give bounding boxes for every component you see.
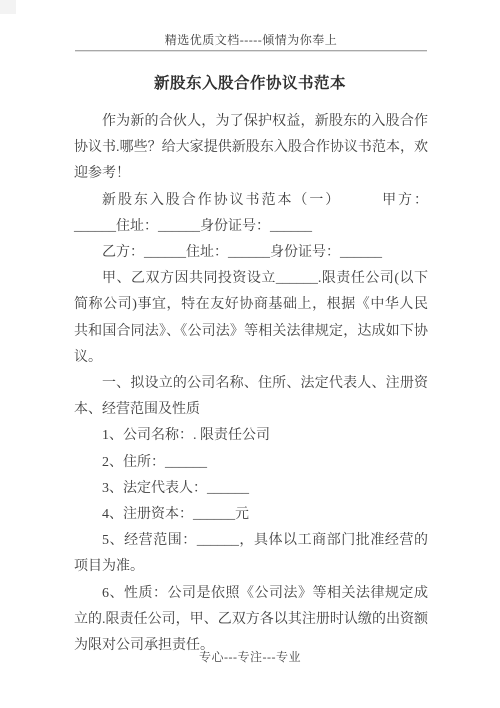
- document-body: 作为新的合伙人，为了保护权益，新股东的入股合作协议书.哪些？给大家提供新股东入股…: [74, 109, 428, 659]
- paragraph-party-b: 乙方：______住址：______身份证号：______: [74, 240, 428, 266]
- paragraph-item-2-address: 2、住所：______: [74, 450, 428, 476]
- paragraph-item-4-registered-capital: 4、注册资本：______元: [74, 502, 428, 528]
- document-page: 精选优质文档-----倾情为你奉上 新股东入股合作协议书范本 作为新的合伙人，为…: [0, 0, 500, 708]
- paragraph-item-6-nature: 6、性质：公司是依照《公司法》等相关法律规定成立的.限责任公司，甲、乙双方各以其…: [74, 581, 428, 660]
- paragraph-item-3-legal-representative: 3、法定代表人：______: [74, 476, 428, 502]
- document-title: 新股东入股合作协议书范本: [0, 73, 500, 95]
- page-footer: 专心---专注---专业: [0, 649, 500, 665]
- paragraph-item-1-company-name: 1、公司名称：. 限责任公司: [74, 423, 428, 449]
- paragraph-intro: 作为新的合伙人，为了保护权益，新股东的入股合作协议书.哪些？给大家提供新股东入股…: [74, 109, 428, 188]
- scan-artifact: [0, 0, 16, 14]
- paragraph-party-a: 新股东入股合作协议书范本（一） 甲方：______住址：______身份证号：_…: [74, 188, 428, 240]
- page-header: 精选优质文档-----倾情为你奉上: [75, 32, 427, 48]
- paragraph-section-1-heading: 一、拟设立的公司名称、住所、法定代表人、注册资本、经营范围及性质: [74, 371, 428, 423]
- paragraph-preamble: 甲、乙双方因共同投资设立______.限责任公司(以下简称公司)事宜，特在友好协…: [74, 266, 428, 371]
- paragraph-item-5-business-scope: 5、经营范围：______，具体以工商部门批准经营的项目为准。: [74, 528, 428, 580]
- header-divider: [75, 50, 427, 51]
